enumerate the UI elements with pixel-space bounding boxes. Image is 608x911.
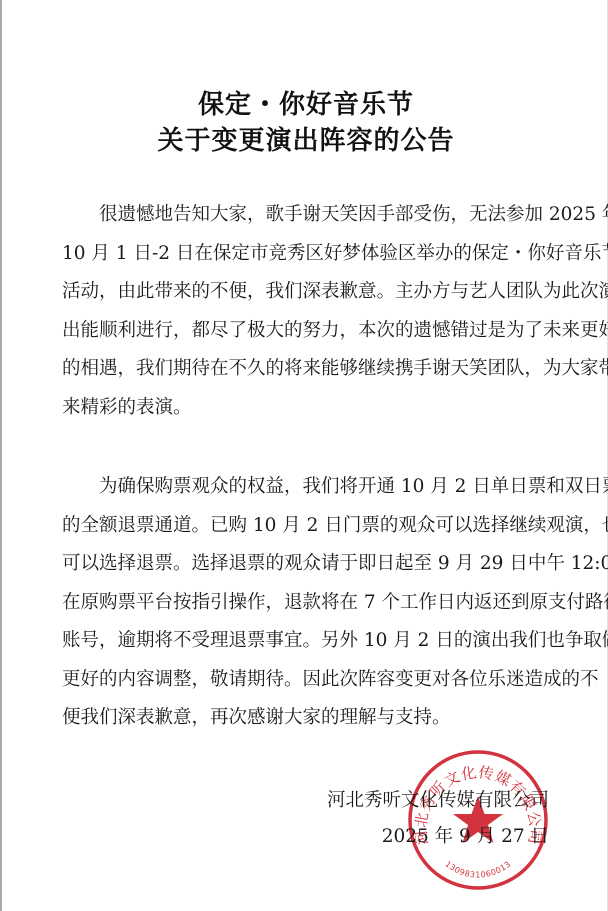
paragraph-line: 便我们深表歉意，再次感谢大家的理解与支持。 xyxy=(62,699,546,738)
paragraph-line: 账号，逾期将不受理退票事宜。另外 10 月 2 日的演出我们也争取做 xyxy=(62,622,546,661)
signature-company: 河北秀听文化传媒有限公司 xyxy=(327,786,549,812)
paragraph-line: 很遗憾地告知大家，歌手谢天笑因手部受伤，无法参加 2025 年 xyxy=(62,196,546,235)
company-seal-stamp: 河北秀听文化传媒有限公司 1309831060013 xyxy=(406,748,550,892)
paragraph-line: 在原购票平台按指引操作，退款将在 7 个工作日内返还到原支付路径 xyxy=(62,584,546,623)
svg-text:1309831060013: 1309831060013 xyxy=(443,859,512,879)
paragraph-line: 的全额退票通道。已购 10 月 2 日门票的观众可以选择继续观演，也 xyxy=(62,507,546,546)
signature-date: 2025 年 9 月 27 日 xyxy=(382,822,549,848)
paragraph-refund: 为确保购票观众的权益，我们将开通 10 月 2 日单日票和双日票 的全额退票通道… xyxy=(62,468,546,738)
paragraph-line: 更好的内容调整，敬请期待。因此次阵容变更对各位乐迷造成的不 xyxy=(62,661,546,700)
paragraph-line: 的相遇，我们期待在不久的将来能够继续携手谢天笑团队，为大家带 xyxy=(62,350,546,389)
paragraph-line: 出能顺利进行，都尽了极大的努力，本次的遗憾错过是为了未来更好 xyxy=(62,312,546,351)
paragraph-line: 可以选择退票。选择退票的观众请于即日起至 9 月 29 日中午 12:00 xyxy=(62,545,546,584)
paragraph-line: 10 月 1 日-2 日在保定市竞秀区好梦体验区举办的保定・你好音乐节 xyxy=(62,235,546,274)
paragraph-apology: 很遗憾地告知大家，歌手谢天笑因手部受伤，无法参加 2025 年 10 月 1 日… xyxy=(62,196,546,427)
seal-number: 1309831060013 xyxy=(443,859,512,879)
paragraph-line: 活动，由此带来的不便，我们深表歉意。主办方与艺人团队为此次演 xyxy=(62,273,546,312)
document-title-line1: 保定・你好音乐节 xyxy=(2,84,608,121)
document-title-line2: 关于变更演出阵容的公告 xyxy=(2,120,608,157)
announcement-page: 保定・你好音乐节 关于变更演出阵容的公告 很遗憾地告知大家，歌手谢天笑因手部受伤… xyxy=(0,0,608,911)
paragraph-line: 来精彩的表演。 xyxy=(62,389,546,428)
paragraph-line: 为确保购票观众的权益，我们将开通 10 月 2 日单日票和双日票 xyxy=(62,468,546,507)
